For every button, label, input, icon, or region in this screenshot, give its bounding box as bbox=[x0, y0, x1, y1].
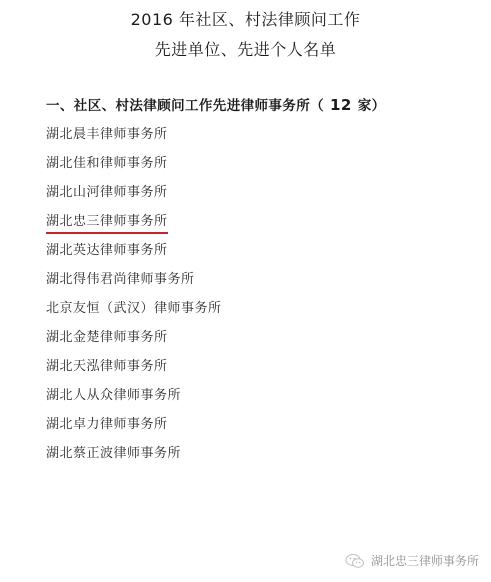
firm-name: 湖北晨丰律师事务所 bbox=[46, 126, 168, 145]
list-item: 湖北蔡正波律师事务所 bbox=[46, 439, 222, 468]
list-item: 湖北金楚律师事务所 bbox=[46, 323, 222, 352]
firm-name: 北京友恒（武汉）律师事务所 bbox=[46, 300, 222, 319]
firm-name-underlined: 湖北忠三律师事务所 bbox=[46, 213, 168, 234]
firm-name: 湖北人从众律师事务所 bbox=[46, 387, 181, 406]
firm-count: 12 bbox=[330, 96, 352, 114]
list-item: 北京友恒（武汉）律师事务所 bbox=[46, 294, 222, 323]
document-title-line-2: 先进单位、先进个人名单 bbox=[0, 37, 491, 60]
section-heading-suffix: 家） bbox=[358, 98, 386, 114]
list-item: 湖北英达律师事务所 bbox=[46, 236, 222, 265]
watermark: 湖北忠三律师事务所 bbox=[345, 552, 479, 569]
list-item: 湖北佳和律师事务所 bbox=[46, 149, 222, 178]
list-item: 湖北人从众律师事务所 bbox=[46, 381, 222, 410]
firm-name: 湖北得伟君尚律师事务所 bbox=[46, 271, 195, 290]
wechat-icon bbox=[345, 553, 365, 569]
list-item: 湖北卓力律师事务所 bbox=[46, 410, 222, 439]
firm-name: 湖北山河律师事务所 bbox=[46, 184, 168, 203]
list-item: 湖北山河律师事务所 bbox=[46, 178, 222, 207]
list-item: 湖北晨丰律师事务所 bbox=[46, 120, 222, 149]
watermark-text: 湖北忠三律师事务所 bbox=[371, 552, 479, 569]
firm-list: 湖北晨丰律师事务所 湖北佳和律师事务所 湖北山河律师事务所 湖北忠三律师事务所 … bbox=[46, 120, 222, 468]
section-heading: 一、社区、村法律顾问工作先进律师事务所（12家） bbox=[46, 94, 386, 114]
list-item: 湖北天泓律师事务所 bbox=[46, 352, 222, 381]
firm-name: 湖北佳和律师事务所 bbox=[46, 155, 168, 174]
list-item: 湖北得伟君尚律师事务所 bbox=[46, 265, 222, 294]
firm-name: 湖北金楚律师事务所 bbox=[46, 329, 168, 348]
firm-name: 湖北天泓律师事务所 bbox=[46, 358, 168, 377]
list-item-highlighted: 湖北忠三律师事务所 bbox=[46, 207, 222, 236]
firm-name: 湖北英达律师事务所 bbox=[46, 242, 168, 261]
document-title-line-1: 2016 年社区、村法律顾问工作 bbox=[0, 7, 491, 30]
firm-name: 湖北蔡正波律师事务所 bbox=[46, 445, 181, 464]
section-heading-text: 一、社区、村法律顾问工作先进律师事务所（ bbox=[46, 98, 324, 114]
firm-name: 湖北卓力律师事务所 bbox=[46, 416, 168, 435]
